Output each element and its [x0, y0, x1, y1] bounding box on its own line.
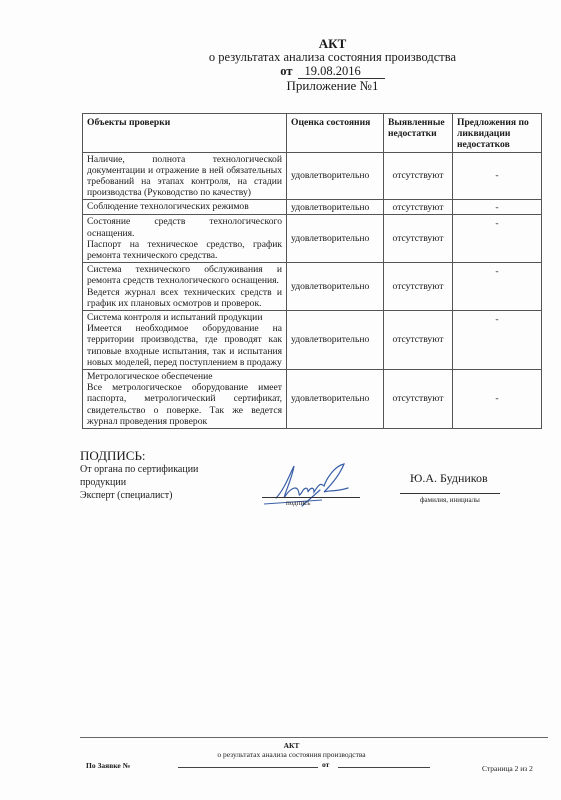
cell-assessment: удовлетворительно [287, 200, 384, 215]
date-prefix: от [280, 64, 292, 78]
cell-proposals: - [453, 200, 542, 215]
column-header-deficiencies: Выявленные недостатки [384, 114, 453, 153]
object-text-line: Метрологическое обеспечение [87, 371, 282, 382]
footer-date-line [338, 767, 430, 768]
cell-deficiencies: отсутствуют [384, 263, 453, 311]
object-text-line: Наличие, полнота технологической докумен… [87, 154, 282, 199]
object-text-line: Соблюдение технологических режимов [87, 201, 282, 212]
footer-subtitle: о результатах анализа состояния производ… [0, 750, 561, 759]
footer-request-label: По Заявке № [86, 761, 130, 770]
cell-proposals: - [453, 263, 542, 311]
cell-object: Наличие, полнота технологической докумен… [83, 152, 287, 200]
appendix-label: Приложение №1 [52, 78, 561, 94]
signature-caption: подпись [286, 499, 310, 507]
object-text-line: Система контроля и испытаний продукции [87, 312, 282, 323]
signature-block: ПОДПИСЬ: От органа по сертификации проду… [80, 448, 198, 502]
table-row: Соблюдение технологических режимовудовле… [83, 200, 542, 215]
handwritten-signature-icon [262, 460, 362, 508]
org-line-2: продукции [80, 476, 198, 489]
cell-proposals: - [453, 311, 542, 370]
cell-assessment: удовлетворительно [287, 215, 384, 263]
cell-proposals: - [453, 152, 542, 200]
cell-object: Система технического обслуживания и ремо… [83, 263, 287, 311]
table-row: Наличие, полнота технологической докумен… [83, 152, 542, 200]
footer-from-label: от [322, 760, 329, 769]
table-header-row: Объекты проверки Оценка состояния Выявле… [83, 114, 542, 153]
object-text-line: Система технического обслуживания и ремо… [87, 264, 282, 286]
cell-deficiencies: отсутствуют [384, 152, 453, 200]
signature-line [262, 497, 360, 498]
column-header-proposals: Предложения по ликвидации недостатков [453, 114, 542, 153]
cell-object: Метрологическое обеспечениеВсе метрологи… [83, 370, 287, 429]
object-text-line: Ведется журнал всех технических средств … [87, 287, 282, 309]
table-row: Состояние средств технологического оснащ… [83, 215, 542, 263]
column-header-objects: Объекты проверки [83, 114, 287, 153]
signature-heading: ПОДПИСЬ: [80, 448, 198, 463]
footer-request-line [178, 767, 318, 768]
cell-deficiencies: отсутствуют [384, 215, 453, 263]
cell-object: Система контроля и испытаний продукцииИм… [83, 311, 287, 370]
footer-divider [80, 737, 548, 738]
object-text-line: Состояние средств технологического оснащ… [87, 216, 282, 238]
act-subtitle: о результатах анализа состояния производ… [52, 50, 561, 65]
column-header-assessment: Оценка состояния [287, 114, 384, 153]
table-row: Система контроля и испытаний продукцииИм… [83, 311, 542, 370]
inspection-table: Объекты проверки Оценка состояния Выявле… [82, 113, 542, 429]
cell-deficiencies: отсутствуют [384, 200, 453, 215]
table-row: Метрологическое обеспечениеВсе метрологи… [83, 370, 542, 429]
object-text-line: Паспорт на техническое средство, график … [87, 239, 282, 261]
cell-proposals: - [453, 215, 542, 263]
document-page: АКТ о результатах анализа состояния прои… [0, 0, 561, 800]
cell-assessment: удовлетворительно [287, 311, 384, 370]
footer-title: АКТ [0, 741, 561, 750]
act-date-line: от19.08.2016 [52, 64, 561, 79]
cell-deficiencies: отсутствуют [384, 311, 453, 370]
cell-object: Соблюдение технологических режимов [83, 200, 287, 215]
signer-name: Ю.А. Будников [410, 471, 488, 486]
name-caption: фамилия, инициалы [420, 496, 480, 504]
org-line-1: От органа по сертификации [80, 463, 198, 476]
cell-deficiencies: отсутствуют [384, 370, 453, 429]
page-number: Страница 2 из 2 [482, 764, 533, 773]
table-body: Наличие, полнота технологической докумен… [83, 152, 542, 428]
act-date: 19.08.2016 [298, 65, 384, 79]
signer-role: Эксперт (специалист) [80, 489, 198, 502]
cell-assessment: удовлетворительно [287, 263, 384, 311]
object-text-line: Все метрологическое оборудование имеет п… [87, 382, 282, 427]
cell-assessment: удовлетворительно [287, 152, 384, 200]
table-row: Система технического обслуживания и ремо… [83, 263, 542, 311]
cell-proposals: - [453, 370, 542, 429]
object-text-line: Имеется необходимое оборудование на терр… [87, 323, 282, 368]
cell-object: Состояние средств технологического оснащ… [83, 215, 287, 263]
cell-assessment: удовлетворительно [287, 370, 384, 429]
name-line [400, 493, 500, 494]
